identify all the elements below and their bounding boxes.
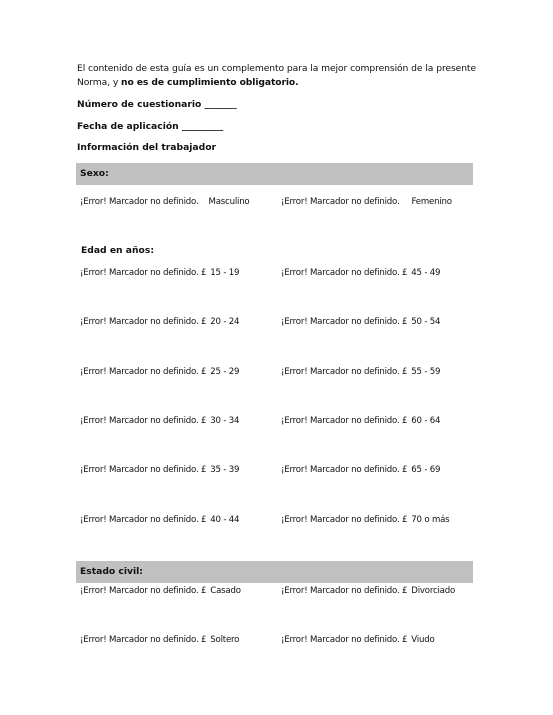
age-option[interactable]: ¡Error! Marcador no definido. £55 - 59 [281, 367, 440, 377]
age-option[interactable]: ¡Error! Marcador no definido. £15 - 19 [80, 268, 239, 278]
option-label: Casado [210, 586, 241, 596]
option-label: 25 - 29 [210, 367, 239, 377]
option-label: Masculino [208, 197, 249, 207]
document-page: El contenido de esta guía es un compleme… [0, 0, 553, 715]
bookmark-error-text: ¡Error! Marcador no definido. £ [281, 465, 407, 475]
option-label: 15 - 19 [210, 268, 239, 278]
application-date-field: Fecha de aplicación _________ [77, 121, 223, 132]
sex-option-male[interactable]: ¡Error! Marcador no definido.Masculino [80, 197, 250, 207]
option-label: 50 - 54 [411, 317, 440, 327]
marital-status-option[interactable]: ¡Error! Marcador no definido. £Divorciad… [281, 586, 455, 596]
age-option[interactable]: ¡Error! Marcador no definido. £20 - 24 [80, 317, 239, 327]
intro-bold-text: no es de cumplimiento obligatorio. [121, 77, 299, 88]
marital-status-label: Estado civil: [80, 566, 143, 577]
option-label: 60 - 64 [411, 416, 440, 426]
option-label: 35 - 39 [210, 465, 239, 475]
bookmark-error-text: ¡Error! Marcador no definido. £ [80, 635, 206, 645]
bookmark-error-text: ¡Error! Marcador no definido. [80, 197, 198, 207]
age-option[interactable]: ¡Error! Marcador no definido. £40 - 44 [80, 515, 239, 525]
sex-label: Sexo: [80, 168, 109, 179]
bookmark-error-text: ¡Error! Marcador no definido. £ [80, 465, 206, 475]
bookmark-error-text: ¡Error! Marcador no definido. £ [281, 268, 407, 278]
option-label: 70 o más [411, 515, 449, 525]
sex-option-female[interactable]: ¡Error! Marcador no definido.Femenino [281, 197, 452, 207]
option-label: 45 - 49 [411, 268, 440, 278]
age-option[interactable]: ¡Error! Marcador no definido. £25 - 29 [80, 367, 239, 377]
bookmark-error-text: ¡Error! Marcador no definido. £ [281, 317, 407, 327]
option-label: 65 - 69 [411, 465, 440, 475]
bookmark-error-text: ¡Error! Marcador no definido. £ [80, 317, 206, 327]
option-label: Viudo [411, 635, 434, 645]
option-label: 55 - 59 [411, 367, 440, 377]
age-option[interactable]: ¡Error! Marcador no definido. £30 - 34 [80, 416, 239, 426]
age-section-label: Edad en años: [81, 245, 154, 256]
marital-status-option[interactable]: ¡Error! Marcador no definido. £Soltero [80, 635, 239, 645]
bookmark-error-text: ¡Error! Marcador no definido. £ [80, 515, 206, 525]
worker-info-heading: Información del trabajador [77, 142, 216, 153]
age-option[interactable]: ¡Error! Marcador no definido. £35 - 39 [80, 465, 239, 475]
bookmark-error-text: ¡Error! Marcador no definido. £ [80, 586, 206, 596]
age-option[interactable]: ¡Error! Marcador no definido. £65 - 69 [281, 465, 440, 475]
age-option[interactable]: ¡Error! Marcador no definido. £45 - 49 [281, 268, 440, 278]
option-label: Divorciado [411, 586, 455, 596]
age-option[interactable]: ¡Error! Marcador no definido. £70 o más [281, 515, 449, 525]
option-label: Femenino [411, 197, 451, 207]
questionnaire-number-field: Número de cuestionario _______ [77, 99, 237, 110]
option-label: 20 - 24 [210, 317, 239, 327]
sex-section-header: Sexo: [76, 163, 473, 185]
option-label: 30 - 34 [210, 416, 239, 426]
option-label: Soltero [210, 635, 239, 645]
bookmark-error-text: ¡Error! Marcador no definido. £ [281, 586, 407, 596]
bookmark-error-text: ¡Error! Marcador no definido. £ [80, 367, 206, 377]
bookmark-error-text: ¡Error! Marcador no definido. £ [281, 515, 407, 525]
bookmark-error-text: ¡Error! Marcador no definido. £ [80, 268, 206, 278]
bookmark-error-text: ¡Error! Marcador no definido. £ [281, 416, 407, 426]
bookmark-error-text: ¡Error! Marcador no definido. £ [80, 416, 206, 426]
marital-status-option[interactable]: ¡Error! Marcador no definido. £Casado [80, 586, 241, 596]
age-option[interactable]: ¡Error! Marcador no definido. £60 - 64 [281, 416, 440, 426]
option-label: 40 - 44 [210, 515, 239, 525]
marital-status-option[interactable]: ¡Error! Marcador no definido. £Viudo [281, 635, 435, 645]
bookmark-error-text: ¡Error! Marcador no definido. [281, 197, 399, 207]
bookmark-error-text: ¡Error! Marcador no definido. £ [281, 367, 407, 377]
marital-status-section-header: Estado civil: [76, 561, 473, 583]
age-option[interactable]: ¡Error! Marcador no definido. £50 - 54 [281, 317, 440, 327]
bookmark-error-text: ¡Error! Marcador no definido. £ [281, 635, 407, 645]
intro-paragraph: El contenido de esta guía es un compleme… [77, 62, 476, 90]
